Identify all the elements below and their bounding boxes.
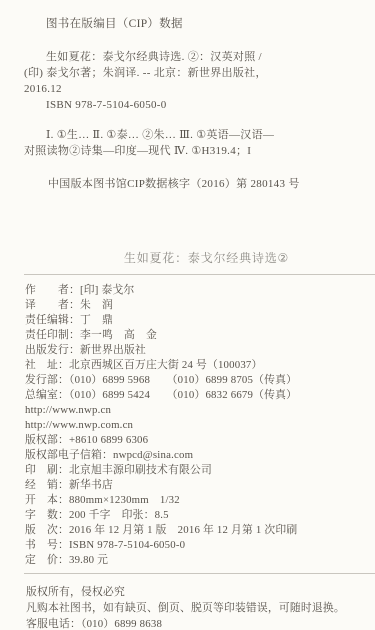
pub-row-address: 社 址：北京西城区百万庄大街 24 号（100037）	[25, 358, 369, 373]
cip-isbn-line: ISBN 978-7-5104-6050-0	[24, 97, 361, 113]
pub-row-translator: 译 者：朱 润	[25, 298, 369, 313]
pub-row-rights-email: 版权部电子信箱：nwpcd@sina.com	[25, 448, 369, 463]
cip-classification-line: Ⅰ. ①生… Ⅱ. ①泰… ②朱… Ⅲ. ①英语—汉语—	[24, 127, 361, 143]
book-title: 生如夏花：泰戈尔经典诗选②	[19, 249, 375, 266]
notice-rights-line: 版权所有，侵权必究	[26, 584, 369, 600]
cip-description-line: 生如夏花：泰戈尔经典诗选. ②：汉英对照 /	[24, 49, 361, 65]
pub-row-print-supervisor: 责任印制：李一鸣 高 金	[25, 328, 369, 343]
pub-row-price: 定 价：39.80 元	[25, 553, 369, 568]
pub-row-printer: 印 刷：北京旭丰源印刷技术有限公司	[25, 463, 369, 478]
divider-bottom	[24, 573, 375, 574]
pub-row-editorial-phone: 总编室：（010）6899 5424 （010）6832 6679（传真）	[25, 388, 369, 403]
publication-info: 作 者：[印] 泰戈尔 译 者：朱 润 责任编辑：丁 鼎 责任印制：李一鸣 高 …	[0, 283, 375, 568]
pub-row-author: 作 者：[印] 泰戈尔	[25, 283, 369, 298]
cip-registration: 中国版本图书馆CIP数据核字（2016）第 280143 号	[48, 176, 361, 192]
cip-description-line: (印) 泰戈尔著；朱润译. -- 北京：新世界出版社，	[24, 65, 361, 81]
pub-row-word-count: 字 数：200 千字 印张：8.5	[25, 508, 369, 523]
pub-row-seller: 经 销：新华书店	[25, 478, 369, 493]
cip-data-block: 图书在版编目（CIP）数据 生如夏花：泰戈尔经典诗选. ②：汉英对照 / (印)…	[0, 16, 375, 192]
pub-row-rights-phone: 版权部：+8610 6899 6306	[25, 433, 369, 448]
divider-top	[24, 274, 375, 275]
cip-classification: Ⅰ. ①生… Ⅱ. ①泰… ②朱… Ⅲ. ①英语—汉语— 对照读物②诗集—印度—…	[24, 127, 361, 159]
cip-description: 生如夏花：泰戈尔经典诗选. ②：汉英对照 / (印) 泰戈尔著；朱润译. -- …	[24, 49, 361, 113]
cip-description-line: 2016.12	[24, 81, 361, 97]
cip-header: 图书在版编目（CIP）数据	[46, 16, 361, 32]
pub-row-isbn: 书 号：ISBN 978-7-5104-6050-0	[25, 538, 369, 553]
pub-row-edition: 版 次：2016 年 12 月第 1 版 2016 年 12 月第 1 次印刷	[25, 523, 369, 538]
pub-row-distribution-phone: 发行部：（010）6899 5968 （010）6899 8705（传真）	[25, 373, 369, 388]
pub-row-publisher: 出版发行：新世界出版社	[25, 343, 369, 358]
pub-row-website-1: http://www.nwp.cn	[25, 403, 369, 418]
notice-return-line: 凡购本社图书，如有缺页、倒页、脱页等印装错误，可随时退换。	[26, 600, 369, 616]
pub-row-website-2: http://www.nwp.com.cn	[25, 418, 369, 433]
notice-service-phone: 客服电话：（010）6899 8638	[26, 616, 369, 630]
copyright-page: 图书在版编目（CIP）数据 生如夏花：泰戈尔经典诗选. ②：汉英对照 / (印)…	[0, 0, 375, 630]
copyright-notice: 版权所有，侵权必究 凡购本社图书，如有缺页、倒页、脱页等印装错误，可随时退换。 …	[0, 584, 375, 630]
cip-classification-line: 对照读物②诗集—印度—现代 Ⅳ. ①H319.4；I	[24, 143, 361, 159]
pub-row-format: 开 本：880mm×1230mm 1/32	[25, 493, 369, 508]
pub-row-editor: 责任编辑：丁 鼎	[25, 313, 369, 328]
